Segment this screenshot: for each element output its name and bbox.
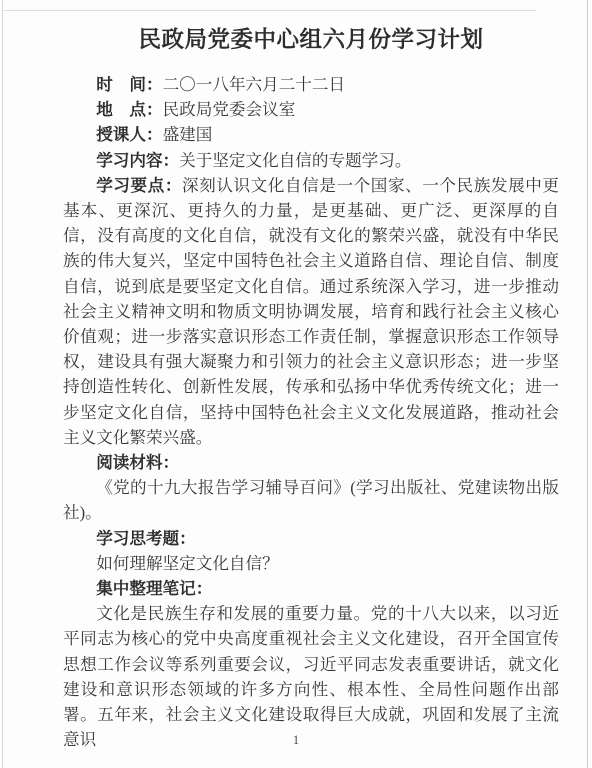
paragraph-study-points-label: 学习要点：: [96, 176, 182, 195]
field-study-content: 学习内容：关于坚定文化自信的专题学习。: [63, 148, 559, 173]
paragraph-reading-material-value: 《党的十九大报告学习辅导百问》(学习出版社、党建读物出版社)。: [63, 478, 559, 522]
page-number: 1: [0, 733, 592, 748]
paragraph-reading-material: 《党的十九大报告学习辅导百问》(学习出版社、党建读物出版社)。: [63, 475, 559, 525]
field-place-label: 地 点：: [96, 100, 162, 119]
field-time: 时 间：二〇一八年六月二十二日: [63, 72, 559, 97]
field-place: 地 点：民政局党委会议室: [63, 97, 559, 122]
heading-notes: 集中整理笔记：: [63, 576, 559, 601]
heading-study-question: 学习思考题：: [63, 526, 559, 551]
heading-reading-material: 阅读材料：: [63, 450, 559, 475]
paragraph-notes-value: 文化是民族生存和发展的重要力量。党的十八大以来，以习近平同志为核心的党中央高度重…: [63, 604, 559, 749]
field-time-value: 二〇一八年六月二十二日: [163, 75, 346, 94]
paragraph-study-points-value: 深刻认识文化自信是一个国家、一个民族发展中更基本、更深沉、更持久的力量，是更基础…: [63, 176, 559, 447]
field-study-content-value: 关于坚定文化自信的专题学习。: [179, 151, 411, 170]
document-page: 民政局党委中心组六月份学习计划 时 间：二〇一八年六月二十二日 地 点：民政局党…: [0, 0, 592, 768]
field-lecturer-label: 授课人：: [96, 125, 162, 144]
field-time-label: 时 间：: [96, 75, 162, 94]
field-lecturer: 授课人：盛建国: [63, 122, 559, 147]
heading-notes-label: 集中整理笔记：: [96, 579, 212, 598]
paragraph-notes: 文化是民族生存和发展的重要力量。党的十八大以来，以习近平同志为核心的党中央高度重…: [63, 601, 559, 752]
document-body: 时 间：二〇一八年六月二十二日 地 点：民政局党委会议室 授课人：盛建国 学习内…: [63, 72, 559, 752]
paragraph-study-points: 学习要点：深刻认识文化自信是一个国家、一个民族发展中更基本、更深沉、更持久的力量…: [63, 173, 559, 450]
heading-study-question-label: 学习思考题：: [96, 529, 196, 548]
field-lecturer-value: 盛建国: [163, 125, 213, 144]
document-title: 民政局党委中心组六月份学习计划: [63, 26, 559, 54]
paragraph-study-question: 如何理解坚定文化自信？: [63, 551, 559, 576]
paragraph-study-question-value: 如何理解坚定文化自信？: [96, 554, 279, 573]
heading-reading-material-label: 阅读材料：: [96, 453, 179, 472]
field-place-value: 民政局党委会议室: [163, 100, 296, 119]
field-study-content-label: 学习内容：: [96, 151, 179, 170]
